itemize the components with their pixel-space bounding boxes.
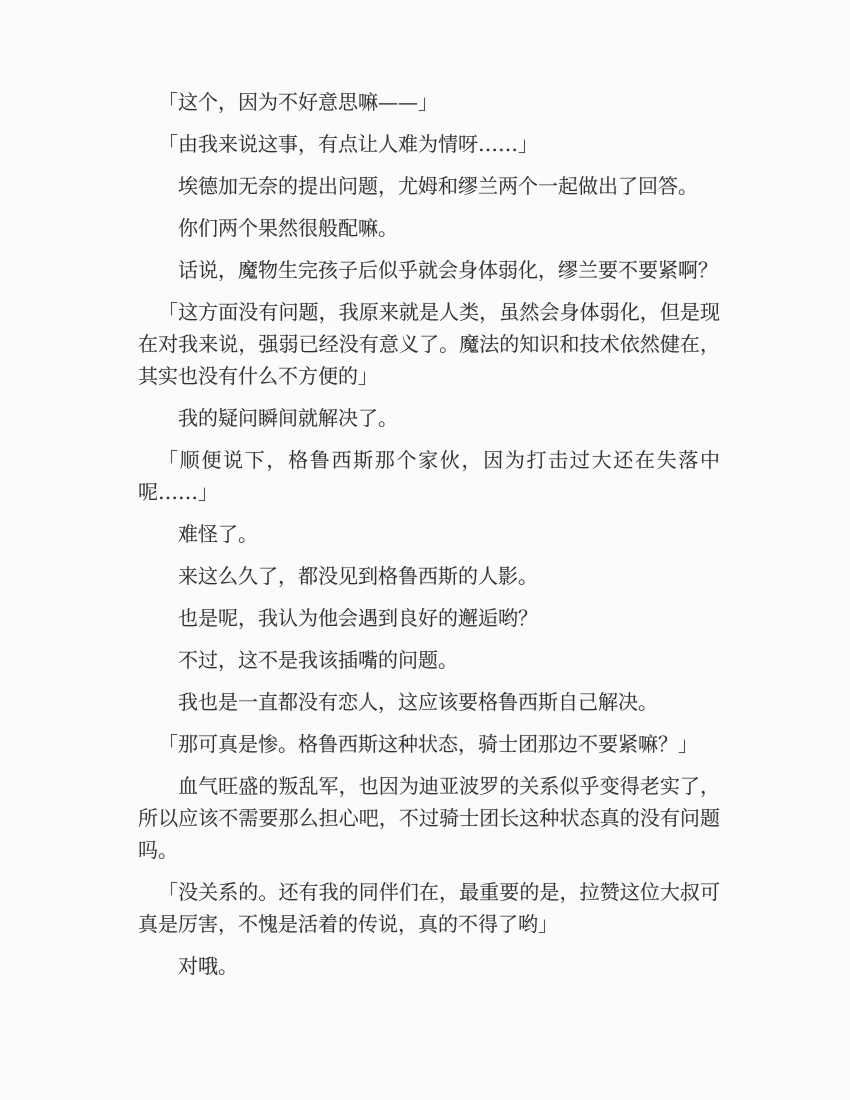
paragraph: 埃德加无奈的提出问题，尤姆和缪兰两个一起做出了回答。: [138, 170, 720, 202]
paragraph: 话说，魔物生完孩子后似乎就会身体弱化，缪兰要不要紧啊？: [138, 254, 720, 286]
paragraph: 「顺便说下，格鲁西斯那个家伙，因为打击过大还在失落中呢……」: [138, 444, 720, 508]
paragraph: 我的疑问瞬间就解决了。: [138, 402, 720, 434]
paragraph: 对哦。: [138, 950, 720, 982]
paragraph: 不过，这不是我该插嘴的问题。: [138, 644, 720, 676]
paragraph: 我也是一直都没有恋人，这应该要格鲁西斯自己解决。: [138, 686, 720, 718]
paragraph: 「没关系的。还有我的同伴们在，最重要的是，拉赞这位大叔可真是厉害，不愧是活着的传…: [138, 876, 720, 940]
paragraph: 「由我来说这事，有点让人难为情呀……」: [138, 128, 720, 160]
paragraph: 「那可真是惨。格鲁西斯这种状态，骑士团那边不要紧嘛？」: [138, 728, 720, 760]
paragraph: 「这方面没有问题，我原来就是人类，虽然会身体弱化，但是现在对我来说，强弱已经没有…: [138, 296, 720, 392]
paragraph: 来这么久了，都没见到格鲁西斯的人影。: [138, 560, 720, 592]
paragraph: 「这个，因为不好意思嘛——」: [138, 86, 720, 118]
novel-page: 「这个，因为不好意思嘛——」「由我来说这事，有点让人难为情呀……」埃德加无奈的提…: [0, 0, 850, 1100]
paragraph: 血气旺盛的叛乱军，也因为迪亚波罗的关系似乎变得老实了，所以应该不需要那么担心吧，…: [138, 770, 720, 866]
paragraph: 也是呢，我认为他会遇到良好的邂逅哟？: [138, 602, 720, 634]
novel-text-column: 「这个，因为不好意思嘛——」「由我来说这事，有点让人难为情呀……」埃德加无奈的提…: [138, 86, 720, 982]
paragraph: 你们两个果然很般配嘛。: [138, 212, 720, 244]
paragraph: 难怪了。: [138, 518, 720, 550]
